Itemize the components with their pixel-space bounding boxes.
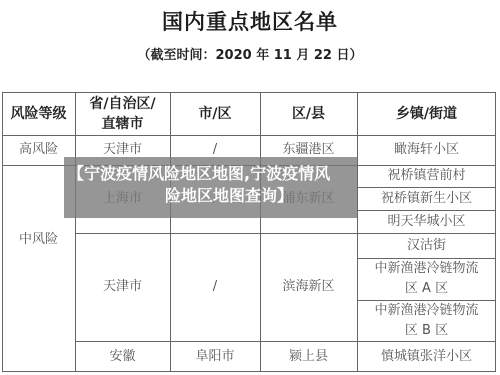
street-cell: 中新渔港冷链物流 区 B 区 [357,300,496,341]
street-line: 中新渔港冷链物流 [374,259,478,279]
city-cell: / [170,233,260,341]
street-cell: 中新渔港冷链物流 区 A 区 [357,258,496,300]
header-province-line1: 省/自治区/ [89,94,155,114]
caption-overlay: 【宁波疫情风险地区地图,宁波疫情风 险地区地图查询】 [64,157,357,218]
street-line: 中新渔港冷链物流 [374,301,478,321]
street-cell: 瞰海轩小区 [357,135,496,165]
caption-line-1: 【宁波疫情风险地区地图,宁波疫情风 [68,163,353,185]
header-province-line2: 直辖市 [102,114,144,134]
header-city: 市/区 [170,92,260,135]
document-subtitle: （截至时间：2020 年 11 月 22 日） [0,44,500,63]
district-cell: 滨海新区 [260,233,357,341]
province-cell: 天津市 [75,233,170,341]
street-cell: 祝桥镇新生小区 [357,187,496,210]
header-street: 乡镇/街道 [357,92,496,135]
street-cell: 明天华城小区 [357,210,496,233]
street-cell: 汉沽街 [357,233,496,258]
street-cell: 祝桥镇营前村 [357,165,496,187]
header-risk-level: 风险等级 [2,92,75,135]
province-cell: 安徽 [75,341,170,372]
district-cell: 颍上县 [260,341,357,372]
street-line: 区 A 区 [405,279,448,299]
document-title: 国内重点地区名单 [0,6,500,36]
header-province: 省/自治区/ 直辖市 [75,92,170,135]
city-cell: 阜阳市 [170,341,260,372]
street-line: 区 B 区 [405,321,448,341]
caption-line-2: 险地区地图查询】 [68,185,353,207]
street-cell: 慎城镇张洋小区 [357,341,496,372]
header-district: 区/县 [260,92,357,135]
